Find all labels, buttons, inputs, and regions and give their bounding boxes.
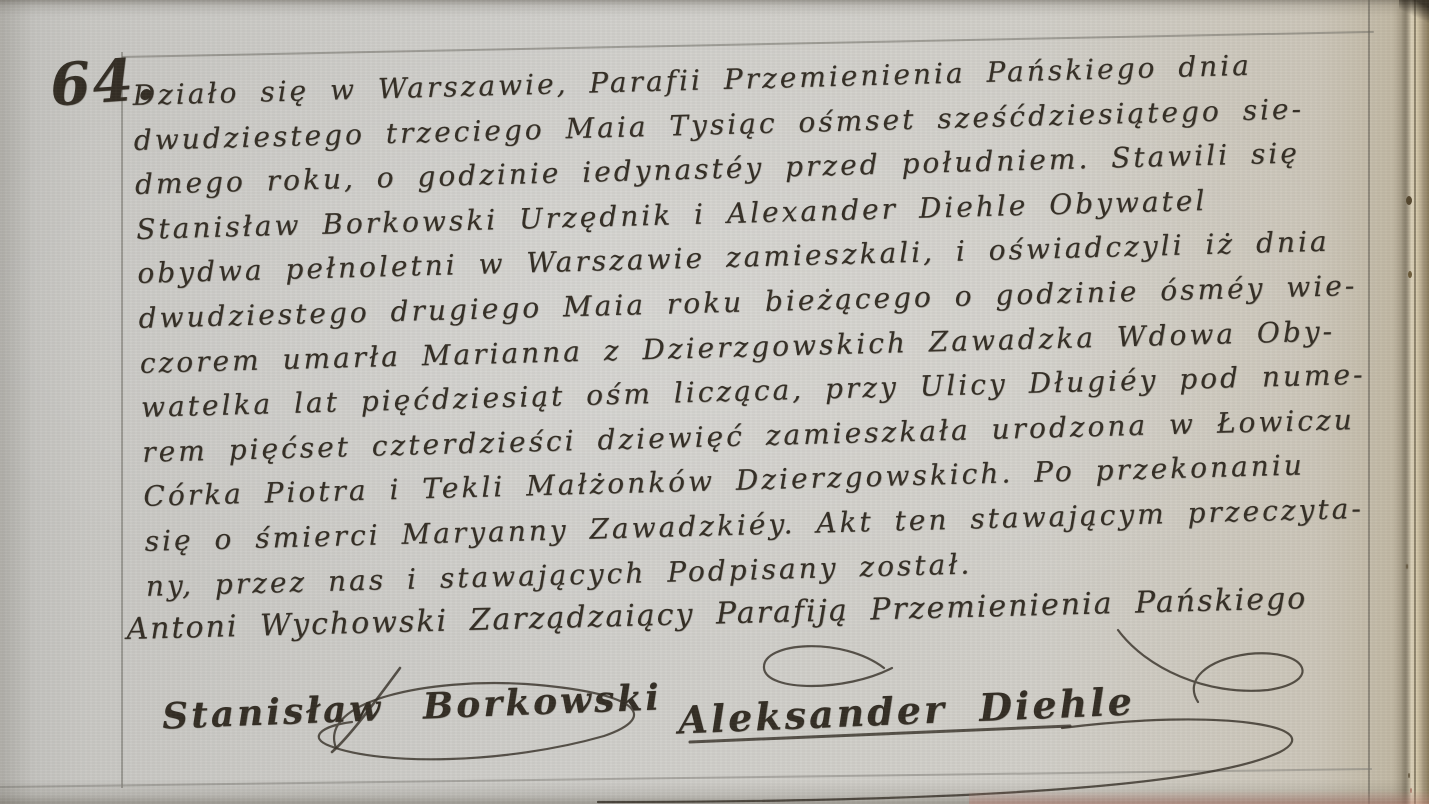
table-rule-left-margin (121, 52, 123, 788)
page-fold-edge (1393, 0, 1429, 804)
document-scan: 64. Działo się w Warszawie, Parafii Prze… (0, 0, 1429, 804)
signature-stanislaw-borkowski: Stanisław Borkowski (161, 676, 662, 737)
record-body: Działo się w Warszawie, Parafii Przemien… (132, 41, 1382, 609)
signature-aleksander-diehle: Aleksander Diehle (677, 678, 1135, 742)
bottom-edge-tint (969, 790, 1429, 804)
page-edge-specks (1406, 196, 1412, 205)
corner-shade-top-right (1399, 0, 1429, 24)
page-fold-crease (1414, 0, 1416, 804)
table-rule-bottom (0, 768, 1372, 788)
